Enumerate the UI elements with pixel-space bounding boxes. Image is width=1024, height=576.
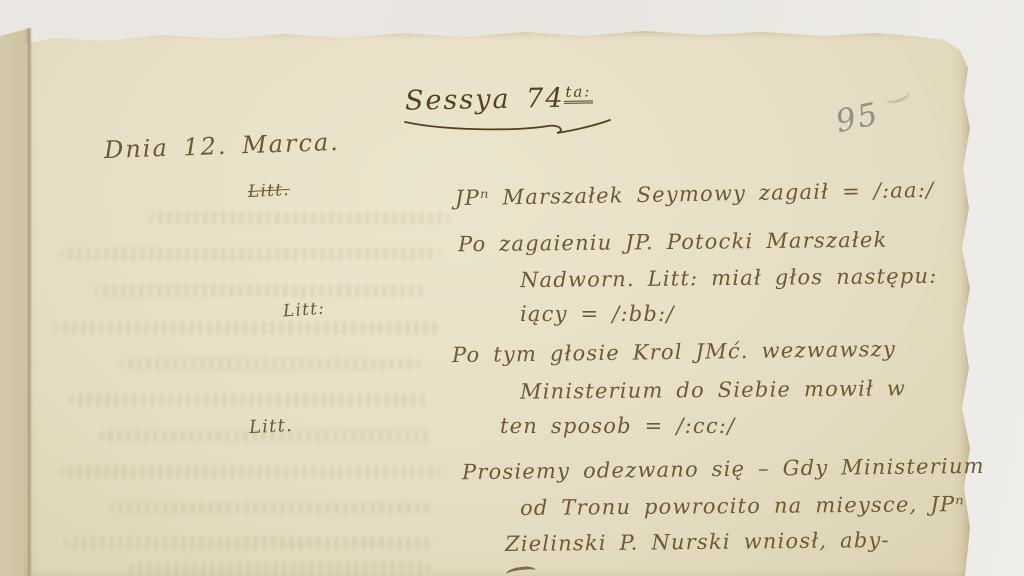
bleedthrough-line — [130, 562, 430, 574]
bleedthrough-line — [150, 212, 450, 224]
margin-note-litt-struck: Litt. — [248, 180, 291, 202]
session-title-ordinal: ta: — [564, 82, 592, 103]
bleedthrough-line — [120, 358, 420, 370]
body-line: Nadworn. Litt: miał głos następu: — [520, 264, 938, 292]
bleedthrough-line — [95, 285, 425, 297]
bleedthrough-line — [110, 502, 430, 514]
body-line: Ministerium do Siebie mowił w — [520, 376, 906, 403]
margin-note-litt-3: Litt. — [248, 415, 293, 438]
session-title-main: Sessya 74 — [405, 83, 565, 117]
session-title: Sessya 74ta: — [405, 82, 593, 116]
bleedthrough-line — [70, 394, 430, 406]
bleedthrough-line — [65, 537, 435, 549]
title-underline-flourish — [402, 116, 614, 136]
body-line: ten sposob = /:cc:/ — [500, 414, 735, 438]
bleedthrough-line — [60, 248, 440, 260]
body-line: Zielinski P. Nurski wniosł, aby- — [505, 528, 890, 556]
body-line: od Tronu powrocito na mieysce, JPⁿ — [520, 492, 965, 520]
margin-note-litt-2: Litt: — [282, 299, 325, 322]
page-edge-crease — [26, 28, 32, 576]
body-line: iący = /:bb:/ — [520, 302, 675, 326]
bleedthrough-line — [60, 466, 440, 478]
bleedthrough-line — [55, 322, 440, 334]
body-line: Po zagaieniu JP. Potocki Marszałek — [458, 228, 888, 256]
